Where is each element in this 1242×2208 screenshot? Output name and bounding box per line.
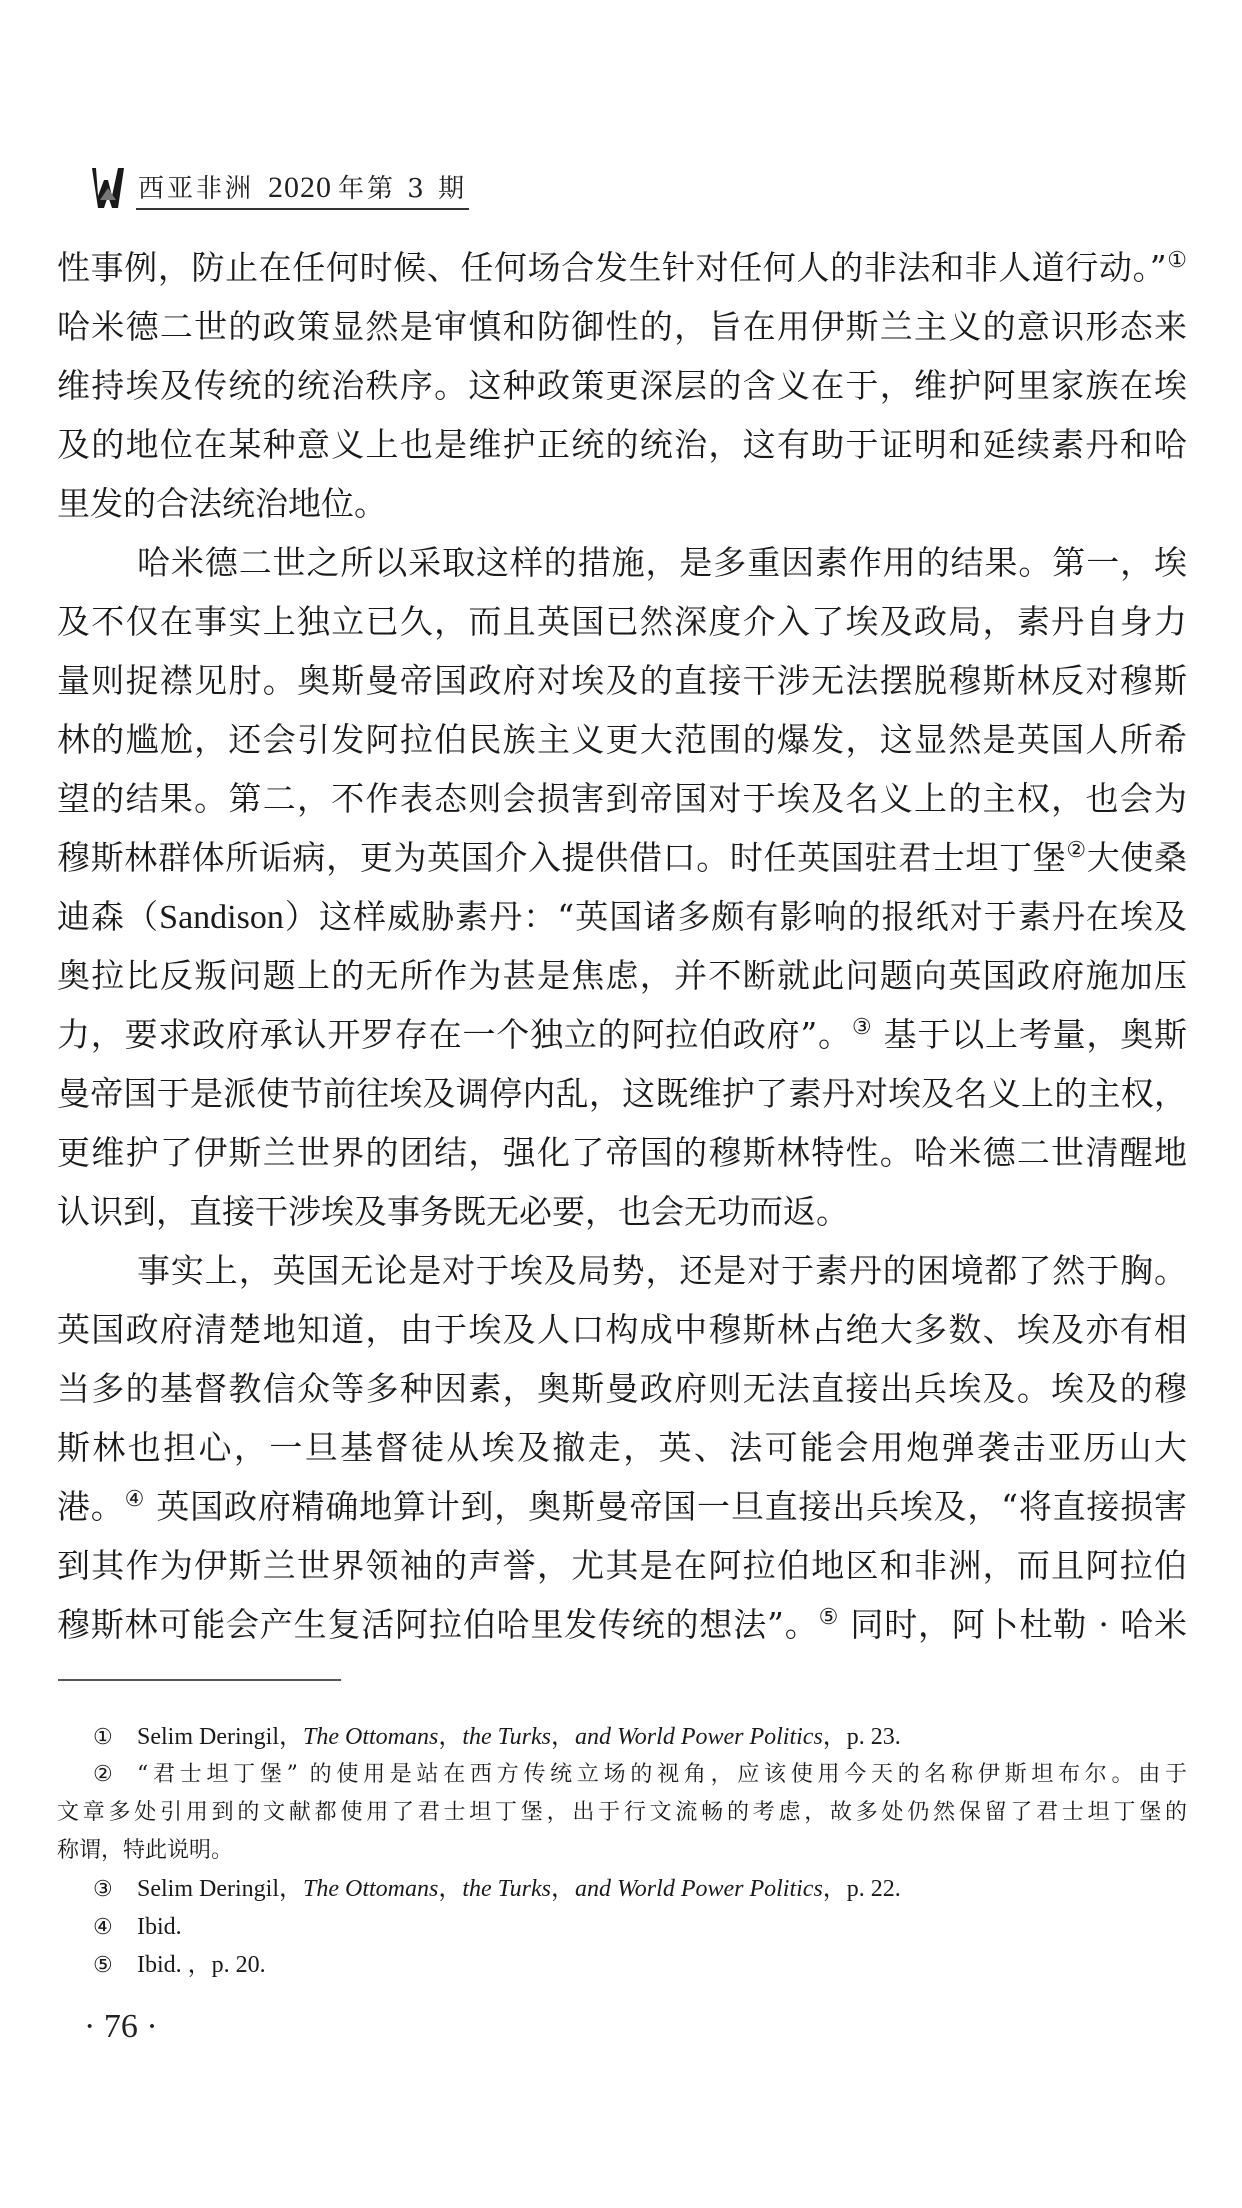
line-text: 港。: [57, 1487, 125, 1526]
text-line: 斯林也担心，一旦基督徒从埃及撤走，英、法可能会用炮弹袭击亚历山大: [57, 1418, 1187, 1477]
line-text: 望的结果。第二，不作表态则会损害到帝国对于埃及名义上的主权，也会为: [57, 779, 1187, 818]
article-body: 性事例，防止在任何时候、任何场合发生针对任何人的非法和非人道行动。”①哈米德二世…: [57, 238, 1187, 1654]
line-text: 量则捉襟见肘。奥斯曼帝国政府对埃及的直接干涉无法摆脱穆斯林反对穆斯: [57, 661, 1187, 700]
line-text: 哈米德二世的政策显然是审慎和防御性的，旨在用伊斯兰主义的意识形态来: [57, 307, 1187, 346]
line-text: 性事例，防止在任何时候、任何场合发生针对任何人的非法和非人道行动。”: [57, 248, 1167, 287]
citation-title: The Ottomans: [303, 1724, 438, 1750]
line-text: 穆斯林群体所诟病，更为英国介入提供借口。时任英国驻君士坦丁堡: [57, 838, 1066, 877]
line-text: 认识到，直接干涉埃及事务既无必要，也会无功而返。: [57, 1192, 849, 1231]
text-line: 英国政府清楚地知道，由于埃及人口构成中穆斯林占绝大多数、埃及亦有相: [57, 1300, 1187, 1359]
footnote-item: ②“君士坦丁堡” 的使用是站在西方传统立场的视角，应该使用今天的名称伊斯坦布尔。…: [57, 1756, 1187, 1794]
text-line: 性事例，防止在任何时候、任何场合发生针对任何人的非法和非人道行动。”①: [57, 238, 1187, 297]
footnote-item: ⑤Ibid. ，p. 20.: [57, 1946, 1187, 1984]
text-line: 奥拉比反叛问题上的无所作为甚是焦虑，并不断就此问题向英国政府施加压: [57, 946, 1187, 1005]
text-line: 更维护了伊斯兰世界的团结，强化了帝国的穆斯林特性。哈米德二世清醒地: [57, 1123, 1187, 1182]
text-line: 望的结果。第二，不作表态则会损害到帝国对于埃及名义上的主权，也会为: [57, 769, 1187, 828]
line-text-continued: 英国政府精确地算计到，奥斯曼帝国一旦直接出兵埃及，“将直接损害: [145, 1487, 1187, 1526]
text-line: 量则捉襟见肘。奥斯曼帝国政府对埃及的直接干涉无法摆脱穆斯林反对穆斯: [57, 651, 1187, 710]
line-text: 当多的基督教信众等多种因素，奥斯曼政府则无法直接出兵埃及。埃及的穆: [57, 1369, 1187, 1408]
line-text: 维持埃及传统的统治秩序。这种政策更深层的含义在于，维护阿里家族在埃: [57, 366, 1187, 405]
line-text: 奥拉比反叛问题上的无所作为甚是焦虑，并不断就此问题向英国政府施加压: [57, 956, 1187, 995]
line-text: 力，要求政府承认开罗存在一个独立的阿拉伯政府”。: [57, 1015, 852, 1054]
footnote-divider: [58, 1679, 341, 1681]
text-line: 曼帝国于是派使节前往埃及调停内乱，这既维护了素丹对埃及名义上的主权，: [57, 1064, 1187, 1123]
citation-title: and World Power Politics: [575, 1876, 823, 1902]
line-text-continued: 同时，阿卜杜勒 · 哈米: [839, 1605, 1187, 1644]
footnote-reference[interactable]: ④: [125, 1487, 146, 1512]
footnote-text: 文章多处引用到的文献都使用了君士坦丁堡，出于行文流畅的考虑，故多处仍然保留了君士…: [57, 1800, 1187, 1825]
journal-year: 2020: [268, 171, 332, 204]
line-text: 穆斯林可能会产生复活阿拉伯哈里发传统的想法”。: [57, 1605, 819, 1644]
footnote-reference[interactable]: ①: [1167, 248, 1187, 273]
citation-title: the Turks: [462, 1876, 551, 1902]
line-text: 迪森（: [57, 897, 159, 936]
running-header: 西亚非洲2020年第 3 期: [88, 160, 469, 210]
footnote-marker: ②: [93, 1756, 137, 1794]
footnote-reference[interactable]: ②: [1066, 838, 1086, 863]
text-line: 当多的基督教信众等多种因素，奥斯曼政府则无法直接出兵埃及。埃及的穆: [57, 1359, 1187, 1418]
text-line: 穆斯林群体所诟病，更为英国介入提供借口。时任英国驻君士坦丁堡②大使桑: [57, 828, 1187, 887]
citation-page: ，p. 23.: [823, 1724, 901, 1750]
journal-issue-label: 西亚非洲2020年第 3 期: [136, 173, 469, 210]
citation-title: and World Power Politics: [575, 1724, 823, 1750]
footnote-reference[interactable]: ⑤: [819, 1605, 840, 1630]
citation-title: The Ottomans: [303, 1876, 438, 1902]
citation-separator: ，: [551, 1724, 575, 1750]
footnote-item: ③Selim Deringil，The Ottomans，the Turks，a…: [57, 1870, 1187, 1908]
text-line: 及的地位在某种意义上也是维护正统的统治，这有助于证明和延续素丹和哈: [57, 415, 1187, 474]
footnote-marker: ①: [93, 1719, 137, 1757]
line-text: 到其作为伊斯兰世界领袖的声誉，尤其是在阿拉伯地区和非洲，而且阿拉伯: [57, 1546, 1187, 1585]
footnote-text: 称谓，特此说明。: [57, 1838, 233, 1863]
citation-title: the Turks: [462, 1724, 551, 1750]
text-line: 到其作为伊斯兰世界领袖的声誉，尤其是在阿拉伯地区和非洲，而且阿拉伯: [57, 1536, 1187, 1595]
footnote-text: “君士坦丁堡” 的使用是站在西方传统立场的视角，应该使用今天的名称伊斯坦布尔。由…: [137, 1762, 1187, 1787]
journal-issue: 年第 3 期: [338, 174, 467, 204]
footnote-marker: ③: [93, 1871, 137, 1909]
line-text-continued: ）这样威胁素丹：“英国诸多颇有影响的报纸对于素丹在埃及: [284, 897, 1187, 936]
footnote-reference[interactable]: ③: [852, 1015, 873, 1040]
footnote-text: Ibid. ，p. 20.: [137, 1952, 266, 1978]
text-line: 及不仅在事实上独立已久，而且英国已然深度介入了埃及政局，素丹自身力: [57, 592, 1187, 651]
citation-page: ，p. 22.: [823, 1876, 901, 1902]
text-line: 林的尴尬，还会引发阿拉伯民族主义更大范围的爆发，这显然是英国人所希: [57, 710, 1187, 769]
footnote-item: 称谓，特此说明。: [57, 1832, 1187, 1870]
footnote-marker: ⑤: [93, 1947, 137, 1985]
text-line: 认识到，直接干涉埃及事务既无必要，也会无功而返。: [57, 1182, 1187, 1241]
text-line: 哈米德二世之所以采取这样的措施，是多重因素作用的结果。第一，埃: [57, 533, 1187, 592]
citation-author: Selim Deringil，: [137, 1724, 303, 1750]
line-text-continued: 大使桑: [1087, 838, 1187, 877]
text-line: 里发的合法统治地位。: [57, 474, 1187, 533]
page-number: · 76 ·: [84, 2008, 158, 2046]
line-text: 哈米德二世之所以采取这样的措施，是多重因素作用的结果。第一，埃: [137, 543, 1187, 582]
text-line: 迪森（Sandison）这样威胁素丹：“英国诸多颇有影响的报纸对于素丹在埃及: [57, 887, 1187, 946]
latin-name: Sandison: [159, 899, 284, 936]
text-line: 力，要求政府承认开罗存在一个独立的阿拉伯政府”。③ 基于以上考量，奥斯: [57, 1005, 1187, 1064]
line-text: 及不仅在事实上独立已久，而且英国已然深度介入了埃及政局，素丹自身力: [57, 602, 1187, 641]
footnote-item: ①Selim Deringil，The Ottomans，the Turks，a…: [57, 1718, 1187, 1756]
line-text: 斯林也担心，一旦基督徒从埃及撤走，英、法可能会用炮弹袭击亚历山大: [57, 1428, 1187, 1467]
text-line: 事实上，英国无论是对于埃及局势，还是对于素丹的困境都了然于胸。: [57, 1241, 1187, 1300]
line-text: 里发的合法统治地位。: [57, 484, 387, 523]
footnote-item: ④Ibid.: [57, 1908, 1187, 1946]
citation-separator: ，: [551, 1876, 575, 1902]
line-text: 曼帝国于是派使节前往埃及调停内乱，这既维护了素丹对埃及名义上的主权，: [57, 1074, 1187, 1113]
line-text: 更维护了伊斯兰世界的团结，强化了帝国的穆斯林特性。哈米德二世清醒地: [57, 1133, 1187, 1172]
text-line: 港。④ 英国政府精确地算计到，奥斯曼帝国一旦直接出兵埃及，“将直接损害: [57, 1477, 1187, 1536]
text-line: 穆斯林可能会产生复活阿拉伯哈里发传统的想法”。⑤ 同时，阿卜杜勒 · 哈米: [57, 1595, 1187, 1654]
footnote-item: 文章多处引用到的文献都使用了君士坦丁堡，出于行文流畅的考虑，故多处仍然保留了君士…: [57, 1794, 1187, 1832]
line-text: 英国政府清楚地知道，由于埃及人口构成中穆斯林占绝大多数、埃及亦有相: [57, 1310, 1187, 1349]
text-line: 维持埃及传统的统治秩序。这种政策更深层的含义在于，维护阿里家族在埃: [57, 356, 1187, 415]
line-text: 及的地位在某种意义上也是维护正统的统治，这有助于证明和延续素丹和哈: [57, 425, 1187, 464]
citation-separator: ，: [438, 1724, 462, 1750]
line-text: 事实上，英国无论是对于埃及局势，还是对于素丹的困境都了然于胸。: [137, 1251, 1187, 1290]
citation-author: Selim Deringil，: [137, 1876, 303, 1902]
journal-logo-icon: [88, 166, 128, 210]
journal-name: 西亚非洲: [138, 174, 254, 204]
footnotes: ①Selim Deringil，The Ottomans，the Turks，a…: [57, 1718, 1187, 1984]
citation-separator: ，: [438, 1876, 462, 1902]
footnote-text: Ibid.: [137, 1914, 182, 1940]
line-text-continued: 基于以上考量，奥斯: [872, 1015, 1187, 1054]
text-line: 哈米德二世的政策显然是审慎和防御性的，旨在用伊斯兰主义的意识形态来: [57, 297, 1187, 356]
footnote-marker: ④: [93, 1909, 137, 1947]
line-text: 林的尴尬，还会引发阿拉伯民族主义更大范围的爆发，这显然是英国人所希: [57, 720, 1187, 759]
